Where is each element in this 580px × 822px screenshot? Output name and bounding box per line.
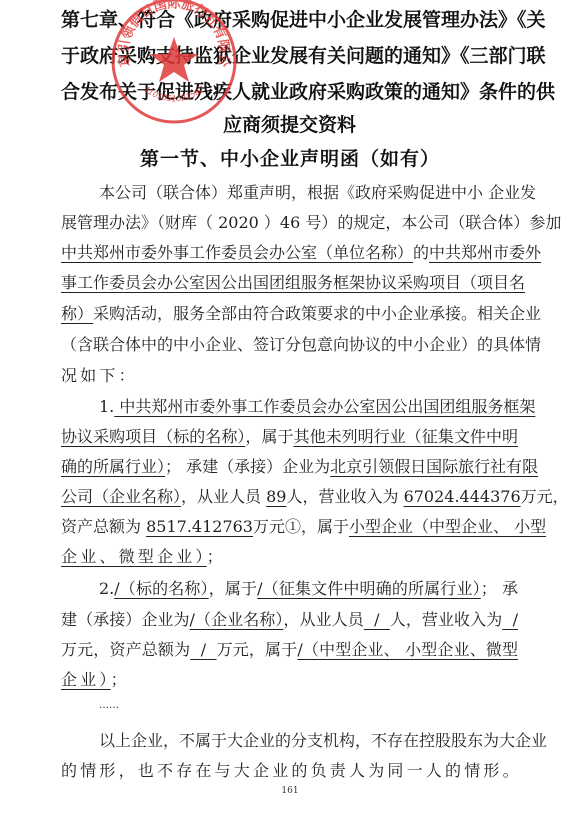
staff-count: 89 (266, 487, 286, 506)
text: ； (207, 547, 226, 566)
paragraph-line: 中共郑州市委外事工作委员会办公室（单位名称）的中共郑州市委外 (61, 242, 518, 264)
section-heading: 第一节、中小企业声明函（如有） (0, 147, 580, 171)
chapter-title-line-1: 第七章、符合《政府采购促进中小企业发展管理办法》《关 (61, 8, 518, 32)
paragraph-line: 况如下： (61, 365, 518, 387)
item-number: 1. (99, 397, 114, 416)
enterprise-size-cont: 企业） (61, 670, 111, 689)
item2-line: 2./（标的名称），属于/（征集文件中明确的所属行业）； 承 (61, 578, 518, 600)
project-name-cont: 事工作委员会办公室因公出国团组服务框架协议采购项目（项目名 (61, 273, 525, 292)
text: ； 承建（承接）企业为 (165, 457, 330, 476)
text: ，属于 (209, 579, 257, 598)
company-name: 北京引领假日国际旅行社有限 (330, 457, 538, 476)
total-assets: / (190, 640, 216, 659)
item1-line: 1. 中共郑州市委外事工作委员会办公室因公出国团组服务框架 (61, 396, 518, 418)
closing-line: 以上企业，不属于大企业的分支机构，不存在控股股东为大企业 (61, 730, 518, 752)
chapter-title-line-2: 于政府采购支持监狱企业发展有关问题的通知》《三部门联 (61, 44, 518, 68)
ellipsis: …… (61, 695, 518, 717)
text: 人，营业收入为 (390, 610, 502, 629)
text: 人，营业收入为 (286, 487, 403, 506)
item2-line: 企业）； (61, 669, 518, 691)
subject-name: 中共郑州市委外事工作委员会办公室因公出国团组服务框架 (114, 397, 535, 416)
item1-line: 协议采购项目（标的名称），属于其他未列明行业（征集文件中明 (61, 426, 518, 448)
enterprise-size: 小型企业（中型企业、 小型 (349, 517, 546, 536)
text: ； 承 (481, 579, 518, 598)
paragraph-line: （含联合体中的中小企业、签订分包意向协议的中小企业）的具体情 (61, 334, 518, 356)
revenue: 67024.444376 (404, 487, 521, 506)
document-page: 第七章、符合《政府采购促进中小企业发展管理办法》《关 于政府采购支持监狱企业发展… (0, 0, 580, 822)
chapter-title-line-3: 合发布关于促进残疾人就业政府采购政策的通知》条件的供 (61, 80, 518, 104)
chapter-title-line-4: 应商须提交资料 (61, 113, 518, 137)
revenue: / (502, 610, 518, 629)
industry: /（征集文件中明确的所属行业） (257, 579, 481, 598)
page-number: 161 (0, 786, 580, 796)
item1-line: 企业、微型企业）； (61, 546, 518, 568)
paragraph-line: 称）采购活动，服务全部由符合政策要求的中小企业承接。相关企业 (61, 303, 518, 325)
paragraph-line: 事工作委员会办公室因公出国团组服务框架协议采购项目（项目名 (61, 272, 518, 294)
text: 万元， (521, 487, 569, 506)
staff-count: / (364, 610, 390, 629)
enterprise-size: /（中型企业、 小型企业、微型 (297, 640, 518, 659)
closing-line: 的情形，也不存在与大企业的负责人为同一人的情形。 (61, 760, 518, 782)
text: 万元，资产总额为 (61, 640, 190, 659)
company-name: /（企业名称） (190, 610, 284, 629)
text: ，从业人员 (181, 487, 266, 506)
text: 的 (413, 243, 429, 262)
subject-name: /（标的名称） (114, 579, 208, 598)
subject-name-cont: 协议采购项目（标的名称） (61, 427, 245, 446)
text: 采购活动，服务全部由符合政策要求的中小企业承接。相关企业 (93, 304, 541, 323)
item2-line: 万元，资产总额为 / 万元，属于/（中型企业、 小型企业、微型 (61, 639, 518, 661)
text: 万元，属于 (217, 640, 298, 659)
industry: 其他未列明行业（征集文件中明 (294, 427, 518, 446)
text: 资产总额为 (61, 517, 146, 536)
text: ，属于 (245, 427, 293, 446)
project-name: 中共郑州市委外 (429, 243, 541, 262)
item2-line: 建（承接）企业为/（企业名称），从业人员 / 人，营业收入为 / (61, 609, 518, 631)
total-assets: 8517.412763 (146, 517, 253, 536)
text: ； (111, 670, 130, 689)
project-name-end: 称） (61, 304, 93, 323)
item1-line: 公司（企业名称），从业人员 89人，营业收入为 67024.444376万元， (61, 486, 518, 508)
item1-line: 确的所属行业）； 承建（承接）企业为北京引领假日国际旅行社有限 (61, 456, 518, 478)
text: 万元①，属于 (253, 517, 349, 536)
paragraph-line: 展管理办法》（财库（ 2020 ）46 号）的规定，本公司（联合体）参加 (61, 212, 518, 234)
item-number: 2. (99, 579, 114, 598)
company-name-cont: 公司（企业名称） (61, 487, 181, 506)
paragraph-line: 本公司（联合体）郑重声明，根据《政府采购促进中小 企业发 (61, 182, 518, 204)
item1-line: 资产总额为 8517.412763万元①，属于小型企业（中型企业、 小型 (61, 516, 518, 538)
enterprise-size-cont: 企业、微型企业） (61, 547, 207, 566)
text: 建（承接）企业为 (61, 610, 190, 629)
industry-cont: 确的所属行业） (61, 457, 165, 476)
text: ，从业人员 (283, 610, 363, 629)
unit-name: 中共郑州市委外事工作委员会办公室（单位名称） (61, 243, 413, 262)
